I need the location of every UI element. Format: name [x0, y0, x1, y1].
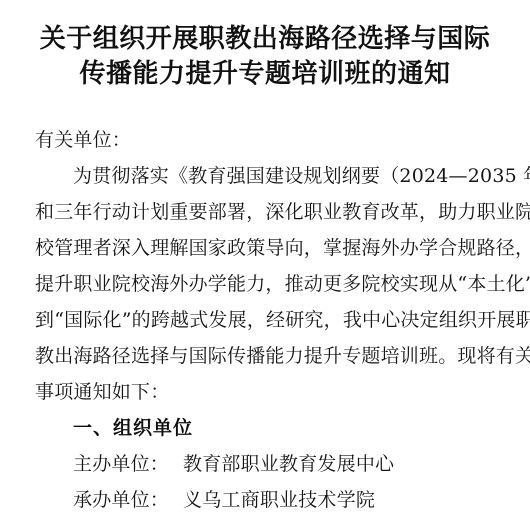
notice-title-line-2: 传播能力提升专题培训班的通知: [28, 57, 502, 92]
paragraph-line-3: 校管理者深入理解国家政策导向，掌握海外办学合规路径，: [35, 230, 500, 266]
paragraph-line-2: 和三年行动计划重要部署，深化职业教育改革，助力职业院: [35, 194, 500, 230]
organizer-unit-value: 义乌工商职业技术学院: [183, 489, 375, 511]
paragraph-line-4: 提升职业院校海外办学能力，推动更多院校实现从“本土化”: [35, 266, 500, 302]
organizer-unit-label: 承办单位：: [73, 489, 169, 511]
paragraph-line-5: 到“国际化”的跨越式发展，经研究，我中心决定组织开展职: [35, 302, 500, 338]
notice-title: 关于组织开展职教出海路径选择与国际 传播能力提升专题培训班的通知: [28, 22, 502, 92]
host-unit-line: 主办单位：教育部职业教育发展中心: [35, 446, 500, 482]
host-unit-value: 教育部职业教育发展中心: [183, 453, 394, 475]
salutation: 有关单位：: [35, 122, 500, 158]
paragraph-line-1: 为贯彻落实《教育强国建设规划纲要（2024—2035 年）》: [35, 158, 500, 194]
paragraph-line-7: 事项通知如下：: [35, 374, 500, 410]
organizer-unit-line: 承办单位：义乌工商职业技术学院: [35, 482, 500, 518]
host-unit-label: 主办单位：: [73, 453, 169, 475]
notice-body: 有关单位： 为贯彻落实《教育强国建设规划纲要（2024—2035 年）》 和三年…: [0, 122, 530, 518]
paragraph-line-6: 教出海路径选择与国际传播能力提升专题培训班。现将有关: [35, 338, 500, 374]
section-heading-organizing-units: 一、组织单位: [35, 410, 500, 446]
notice-document: 关于组织开展职教出海路径选择与国际 传播能力提升专题培训班的通知 有关单位： 为…: [0, 0, 530, 523]
notice-title-line-1: 关于组织开展职教出海路径选择与国际: [28, 22, 502, 57]
